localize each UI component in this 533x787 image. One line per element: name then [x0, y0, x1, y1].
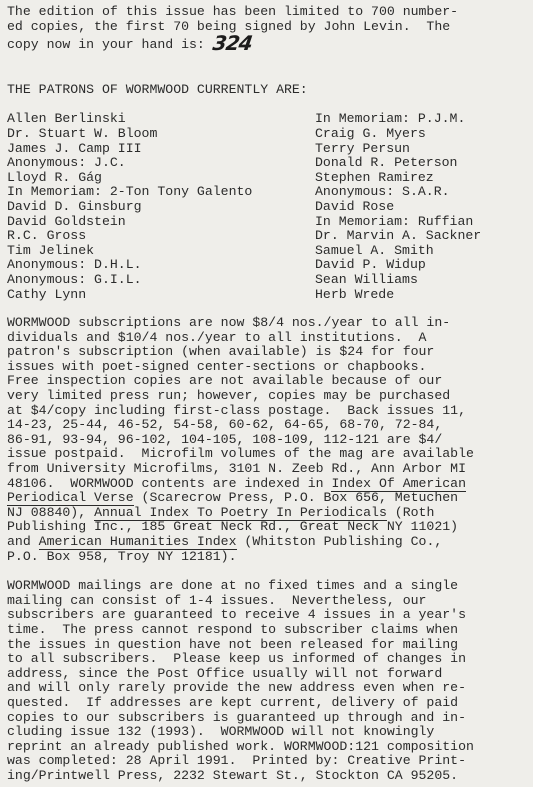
- text-line: the issues in question have not been rel…: [7, 638, 533, 653]
- text-line: Publishing Inc., 185 Great Neck Rd., Gre…: [7, 520, 533, 535]
- text-line: The edition of this issue has been limit…: [7, 5, 533, 20]
- patron-name: Anonymous: S.A.R.: [315, 185, 481, 200]
- index-title: Index Of American: [331, 476, 466, 492]
- text-line: dividuals and $10/4 nos./year to all ins…: [7, 331, 533, 346]
- text-line: cluding issue 132 (1993). WORMWOOD will …: [7, 725, 533, 740]
- index-title: American Humanities Index: [39, 534, 237, 550]
- text-line: very limited press run; however, copies …: [7, 389, 533, 404]
- patron-name: In Memoriam: P.J.M.: [315, 112, 481, 127]
- text-line: to all subscribers. Please keep us infor…: [7, 652, 533, 667]
- text-line: address, since the Post Office usually w…: [7, 667, 533, 682]
- patrons-right-column: In Memoriam: P.J.M.Craig G. MyersTerry P…: [315, 112, 481, 302]
- text-line: time. The press cannot respond to subscr…: [7, 623, 533, 638]
- patron-name: David P. Widup: [315, 258, 481, 273]
- edition-notice: The edition of this issue has been limit…: [7, 5, 533, 49]
- text-line: subscribers are guaranteed to receive 4 …: [7, 608, 533, 623]
- patron-name: Cathy Lynn: [7, 288, 315, 303]
- text-line: issues with poet-signed center-sections …: [7, 360, 533, 375]
- patron-name: David Goldstein: [7, 215, 315, 230]
- patron-name: David Rose: [315, 200, 481, 215]
- text-segment: P.O. Box 958, Troy NY 12181).: [7, 549, 237, 564]
- text-line: copies to our subscribers is guaranteed …: [7, 711, 533, 726]
- text-line: issue postpaid. Microfilm volumes of the…: [7, 447, 533, 462]
- patrons-list: Allen BerlinskiDr. Stuart W. BloomJames …: [7, 112, 533, 302]
- text-line: ing/Printwell Press, 2232 Stewart St., S…: [7, 769, 533, 784]
- text-segment: 48106. WORMWOOD contents are indexed in: [7, 476, 331, 491]
- mailings-paragraph: WORMWOOD mailings are done at no fixed t…: [7, 579, 533, 783]
- patron-name: Stephen Ramirez: [315, 171, 481, 186]
- patron-name: Anonymous: J.C.: [7, 156, 315, 171]
- text-line: copy now in your hand is:: [7, 37, 213, 52]
- text-line: P.O. Box 958, Troy NY 12181).: [7, 550, 533, 565]
- patron-name: In Memoriam: 2-Ton Tony Galento: [7, 185, 315, 200]
- text-line: at $4/copy including first-class postage…: [7, 404, 533, 419]
- text-line: ed copies, the first 70 being signed by …: [7, 20, 533, 35]
- text-segment: (Roth: [387, 505, 434, 520]
- patron-name: Tim Jelinek: [7, 244, 315, 259]
- text-line: patron's subscription (when available) i…: [7, 345, 533, 360]
- patron-name: Lloyd R. Gág: [7, 171, 315, 186]
- patron-name: Allen Berlinski: [7, 112, 315, 127]
- subscriptions-paragraph: WORMWOOD subscriptions are now $8/4 nos.…: [7, 316, 533, 564]
- text-segment: (Whitston Publishing Co.,: [237, 534, 443, 549]
- text-line: 48106. WORMWOOD contents are indexed in …: [7, 477, 533, 492]
- text-segment: NJ 08840),: [7, 505, 94, 520]
- handwritten-copy-number: 324: [212, 36, 253, 51]
- text-line: Free inspection copies are not available…: [7, 374, 533, 389]
- patron-name: David D. Ginsburg: [7, 200, 315, 215]
- patron-name: R.C. Gross: [7, 229, 315, 244]
- patron-name: James J. Camp III: [7, 142, 315, 157]
- text-line: from University Microfilms, 3101 N. Zeeb…: [7, 462, 533, 477]
- patron-name: Anonymous: G.I.L.: [7, 273, 315, 288]
- text-line: reprint an already published work. WORMW…: [7, 740, 533, 755]
- text-line: quested. If addresses are kept current, …: [7, 696, 533, 711]
- patron-name: Donald R. Peterson: [315, 156, 481, 171]
- text-line: mailing can consist of 1-4 issues. Never…: [7, 594, 533, 609]
- patron-name: In Memoriam: Ruffian: [315, 215, 481, 230]
- patrons-left-column: Allen BerlinskiDr. Stuart W. BloomJames …: [7, 112, 315, 302]
- index-title: Periodical Verse: [7, 490, 134, 506]
- text-line: WORMWOOD mailings are done at no fixed t…: [7, 579, 533, 594]
- text-line: Periodical Verse (Scarecrow Press, P.O. …: [7, 491, 533, 506]
- text-line: was completed: 28 April 1991. Printed by…: [7, 754, 533, 769]
- text-line: copy now in your hand is: 324: [7, 34, 533, 49]
- text-line: 86-91, 93-94, 96-102, 104-105, 108-109, …: [7, 433, 533, 448]
- text-segment: Publishing Inc., 185 Great Neck Rd., Gre…: [7, 519, 458, 534]
- index-title: Annual Index To Poetry In Periodicals: [94, 505, 387, 521]
- patron-name: Anonymous: D.H.L.: [7, 258, 315, 273]
- patron-name: Sean Williams: [315, 273, 481, 288]
- patron-name: Dr. Marvin A. Sackner: [315, 229, 481, 244]
- colophon-page: The edition of this issue has been limit…: [7, 5, 533, 784]
- patron-name: Terry Persun: [315, 142, 481, 157]
- patron-name: Craig G. Myers: [315, 127, 481, 142]
- text-line: and will only rarely provide the new add…: [7, 681, 533, 696]
- patron-name: Dr. Stuart W. Bloom: [7, 127, 315, 142]
- text-line: WORMWOOD subscriptions are now $8/4 nos.…: [7, 316, 533, 331]
- text-line: 14-23, 25-44, 46-52, 54-58, 60-62, 64-65…: [7, 418, 533, 433]
- patron-name: Herb Wrede: [315, 288, 481, 303]
- text-line: and American Humanities Index (Whitston …: [7, 535, 533, 550]
- text-segment: and: [7, 534, 39, 549]
- text-segment: (Scarecrow Press, P.O. Box 656, Metuchen: [134, 490, 458, 505]
- patrons-heading: THE PATRONS OF WORMWOOD CURRENTLY ARE:: [7, 83, 533, 98]
- text-line: NJ 08840), Annual Index To Poetry In Per…: [7, 506, 533, 521]
- patron-name: Samuel A. Smith: [315, 244, 481, 259]
